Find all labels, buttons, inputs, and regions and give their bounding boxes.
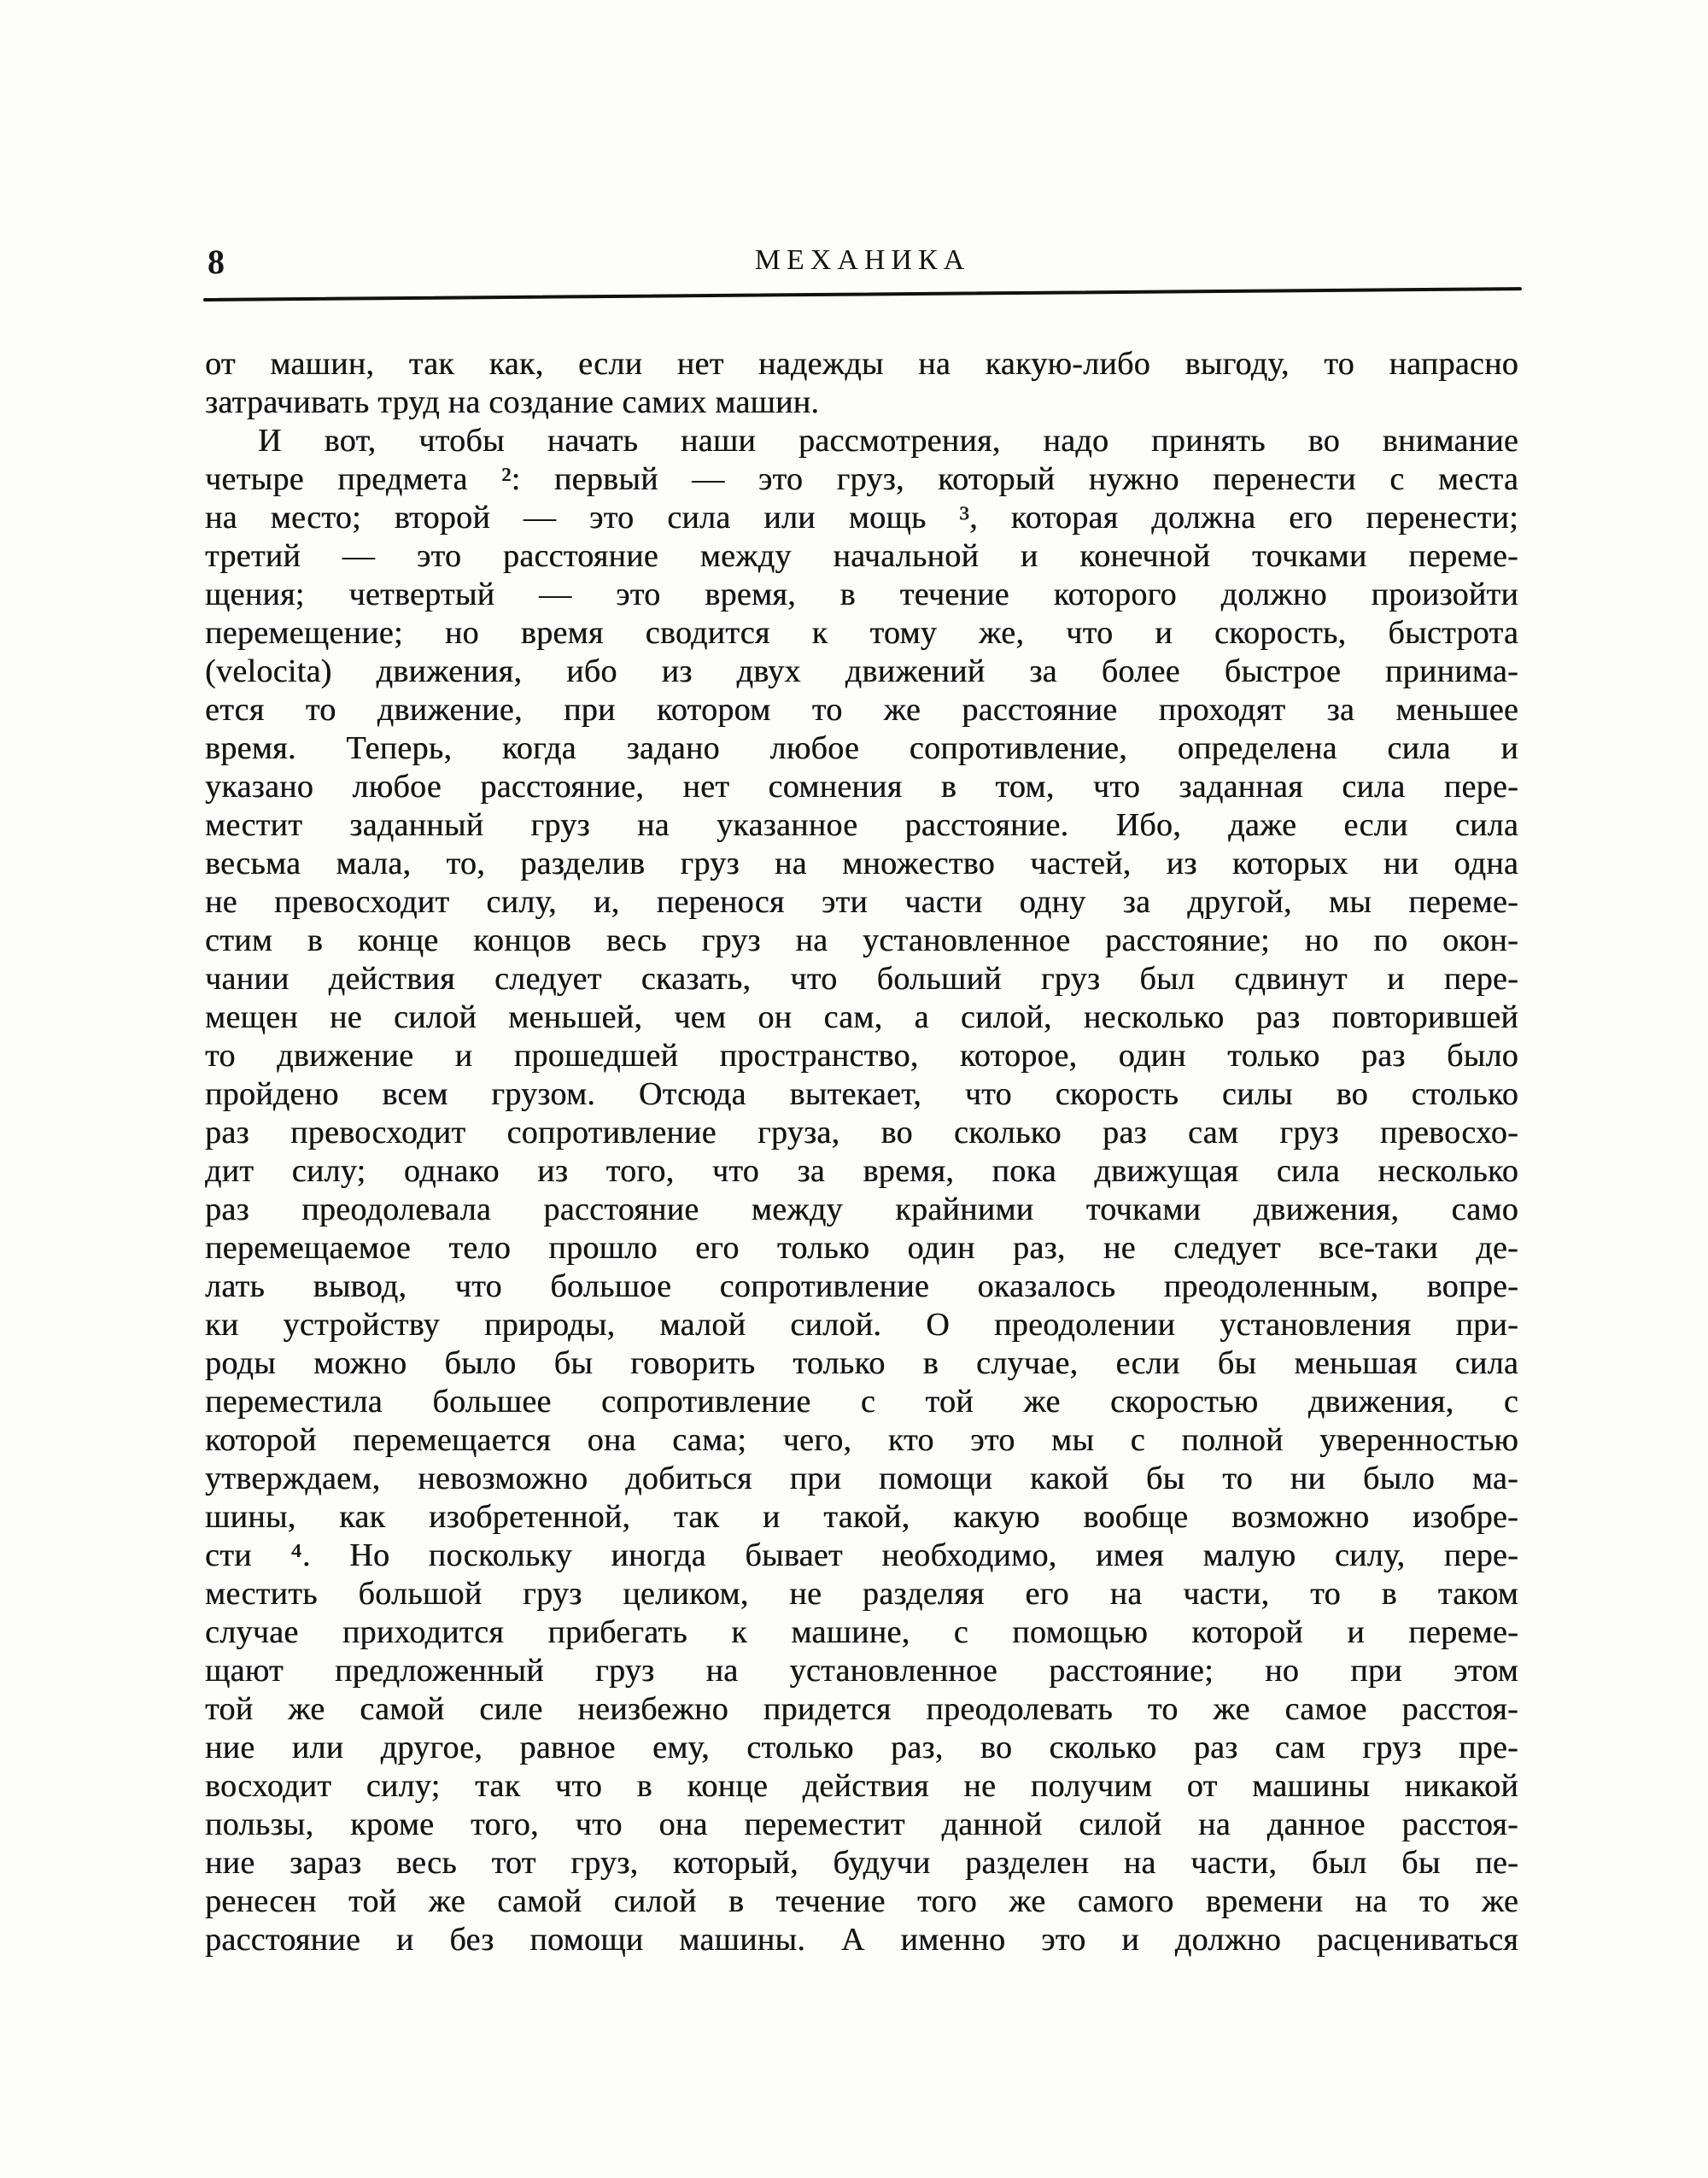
text-line: утверждаем, невозможно добиться при помо…: [205, 1460, 1518, 1498]
text-line: перемещение; но время сводится к тому же…: [205, 614, 1518, 653]
text-line: чании действия следует сказать, что боль…: [205, 960, 1518, 998]
text-line: щения; четвертый — это время, в течение …: [205, 576, 1518, 614]
text-line: от машин, так как, если нет надежды на к…: [205, 345, 1518, 383]
text-line: ренесен той же самой силой в течение тог…: [205, 1882, 1518, 1921]
text-line: щают предложенный груз на установленное …: [205, 1652, 1518, 1690]
text-line: которой перемещается она сама; чего, кто…: [205, 1421, 1518, 1460]
text-line: пользы, кроме того, что она переместит д…: [205, 1806, 1518, 1844]
text-line: местить большой груз целиком, не разделя…: [205, 1575, 1518, 1613]
scanned-book-page: 8 МЕХАНИКА от машин, так как, если нет н…: [0, 0, 1708, 2178]
text-line: третий — это расстояние между начальной …: [205, 537, 1518, 576]
text-line: весьма мала, то, разделив груз на множес…: [205, 845, 1518, 883]
text-line: то движение и прошедшей пространство, ко…: [205, 1037, 1518, 1075]
header-rule: [203, 287, 1522, 302]
text-line: местит заданный груз на указанное рассто…: [205, 806, 1518, 845]
text-line: время. Теперь, когда задано любое сопрот…: [205, 729, 1518, 768]
text-line: указано любое расстояние, нет сомнения в…: [205, 768, 1518, 806]
text-line: ние зараз весь тот груз, который, будучи…: [205, 1844, 1518, 1882]
text-line: мещен не силой меньшей, чем он сам, а си…: [205, 998, 1518, 1037]
text-line: стим в конце концов весь груз на установ…: [205, 922, 1518, 960]
text-line: перемещаемое тело прошло его только один…: [205, 1229, 1518, 1268]
text-line: ется то движение, при котором то же расс…: [205, 691, 1518, 729]
text-line: лать вывод, что большое сопротивление ок…: [205, 1268, 1518, 1306]
text-line: И вот, чтобы начать наши рассмотрения, н…: [205, 422, 1518, 460]
text-line: пройдено всем грузом. Отсюда вытекает, ч…: [205, 1075, 1518, 1114]
running-title: МЕХАНИКА: [205, 244, 1520, 277]
text-line: затрачивать труд на создание самих машин…: [205, 383, 1518, 422]
text-line: ние или другое, равное ему, столько раз,…: [205, 1729, 1518, 1767]
text-line: не превосходит силу, и, перенося эти час…: [205, 883, 1518, 922]
text-line: шины, как изобретенной, так и такой, как…: [205, 1498, 1518, 1537]
text-line: переместила большее сопротивление с той …: [205, 1383, 1518, 1421]
text-block: от машин, так как, если нет надежды на к…: [205, 345, 1518, 1959]
text-line: (velocita) движения, ибо из двух движени…: [205, 653, 1518, 691]
text-line: раз превосходит сопротивление груза, во …: [205, 1114, 1518, 1152]
text-line: дит силу; однако из того, что за время, …: [205, 1152, 1518, 1191]
text-line: роды можно было бы говорить только в слу…: [205, 1344, 1518, 1383]
text-line: случае приходится прибегать к машине, с …: [205, 1613, 1518, 1652]
text-line: четыре предмета ²: первый — это груз, ко…: [205, 460, 1518, 499]
text-line: сти ⁴. Но поскольку иногда бывает необхо…: [205, 1537, 1518, 1575]
text-line: ки устройству природы, малой силой. О пр…: [205, 1306, 1518, 1344]
text-line: раз преодолевала расстояние между крайни…: [205, 1191, 1518, 1229]
text-line: той же самой силе неизбежно придется пре…: [205, 1690, 1518, 1729]
text-line: на место; второй — это сила или мощь ³, …: [205, 499, 1518, 537]
text-line: расстояние и без помощи машины. А именно…: [205, 1921, 1518, 1959]
text-line: восходит силу; так что в конце действия …: [205, 1767, 1518, 1806]
